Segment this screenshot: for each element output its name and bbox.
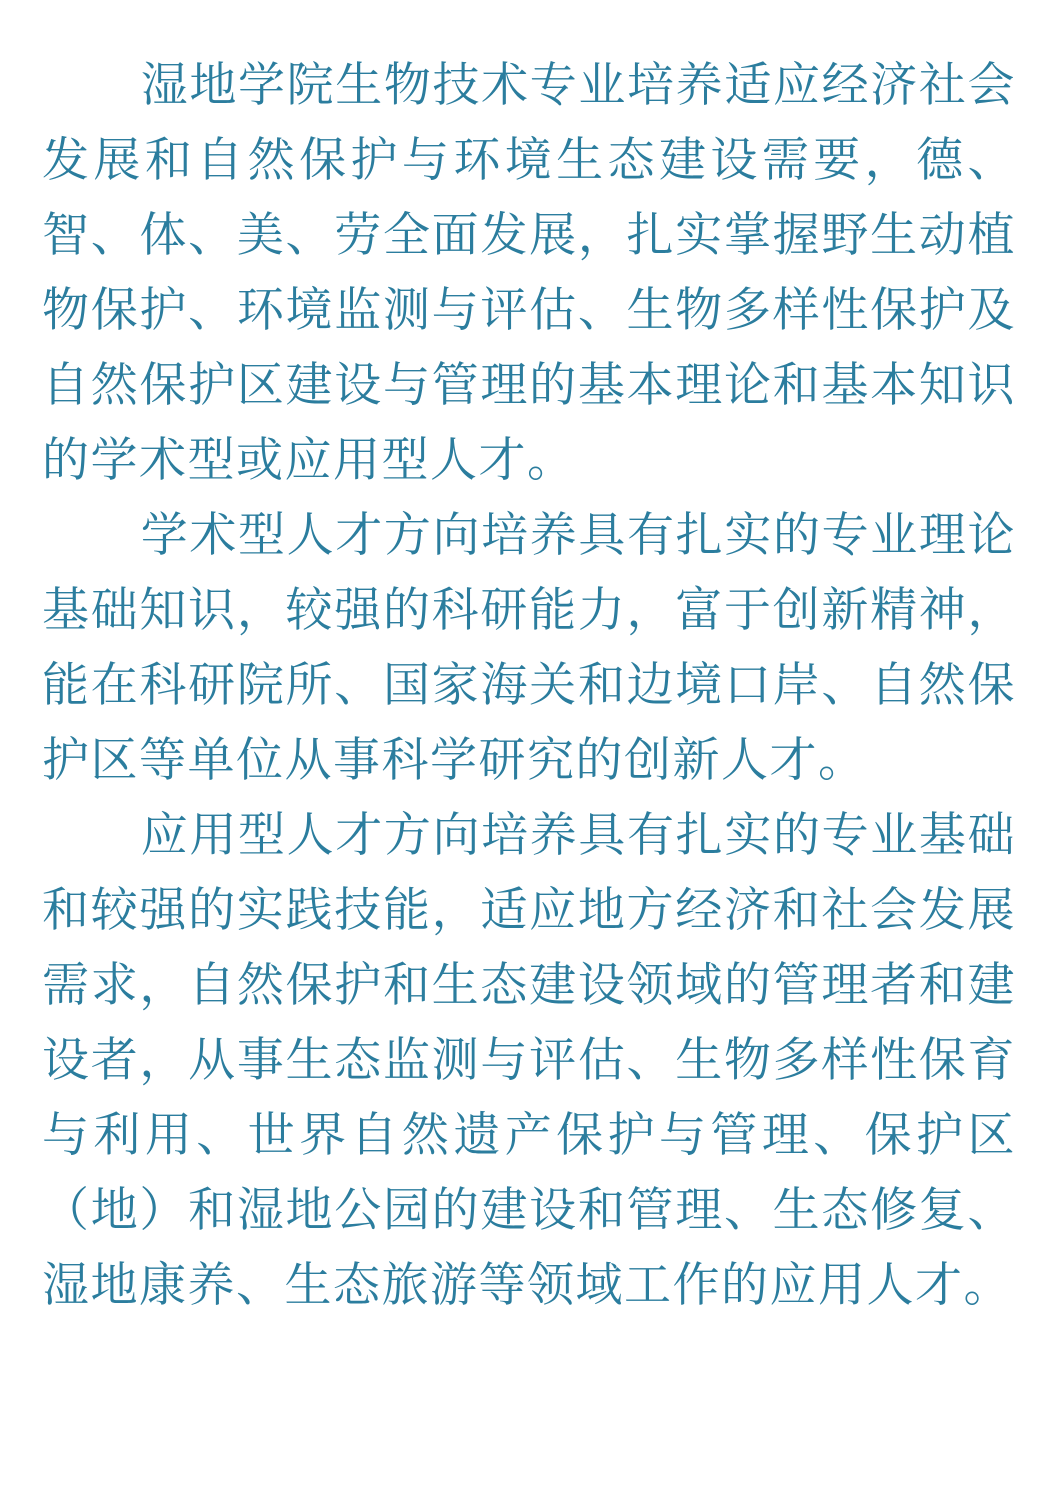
article-body: 湿地学院生物技术专业培养适应经济社会发展和自然保护与环境生态建设需要，德、智、体… <box>42 48 1016 1323</box>
paragraph-program-overview: 湿地学院生物技术专业培养适应经济社会发展和自然保护与环境生态建设需要，德、智、体… <box>42 48 1016 498</box>
article-page: 湿地学院生物技术专业培养适应经济社会发展和自然保护与环境生态建设需要，德、智、体… <box>0 0 1058 1498</box>
paragraph-applied-track: 应用型人才方向培养具有扎实的专业基础和较强的实践技能，适应地方经济和社会发展需求… <box>42 798 1016 1323</box>
paragraph-academic-track: 学术型人才方向培养具有扎实的专业理论基础知识，较强的科研能力，富于创新精神，能在… <box>42 498 1016 798</box>
